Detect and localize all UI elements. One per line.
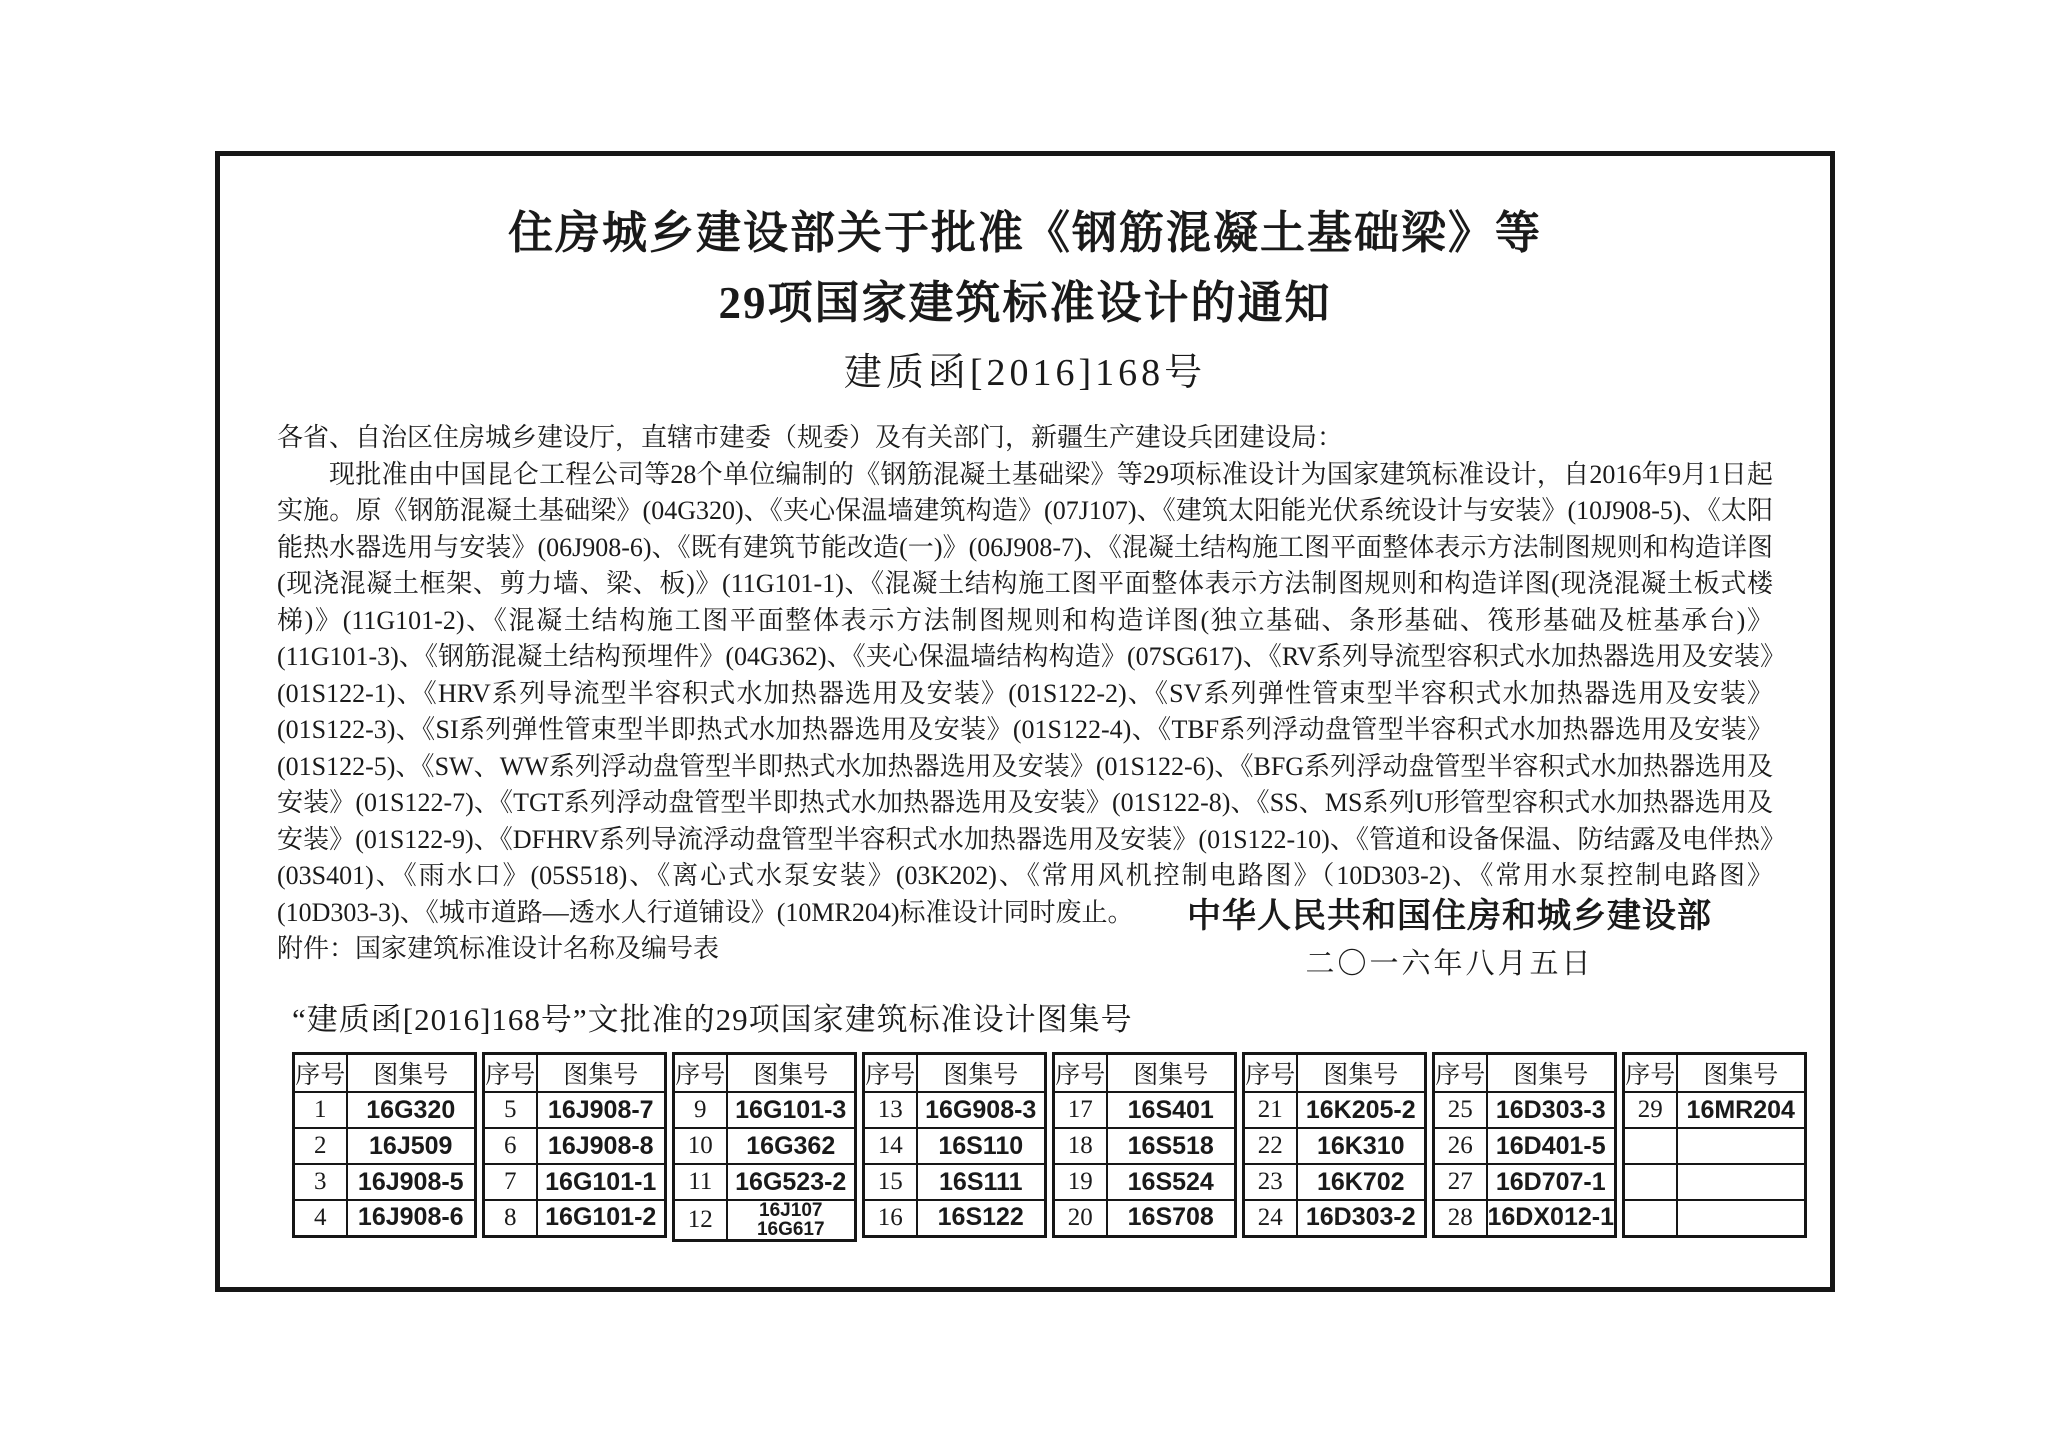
cell-seq: 9 — [674, 1092, 727, 1128]
table-row: 616J908-8 — [484, 1128, 666, 1164]
header-atlas-code: 图集号 — [1487, 1054, 1616, 1093]
table-row: 916G101-3 — [674, 1092, 856, 1128]
atlas-subtable-8: 序号图集号2916MR204 — [1622, 1052, 1807, 1238]
cell-atlas-code: 16J908-6 — [347, 1200, 476, 1236]
cell-seq: 24 — [1244, 1200, 1297, 1236]
cell-seq — [1624, 1200, 1677, 1236]
atlas-subtable-3: 序号图集号916G101-31016G3621116G523-21216J107… — [672, 1052, 857, 1242]
cell-seq: 26 — [1434, 1128, 1487, 1164]
cell-seq: 19 — [1054, 1164, 1107, 1200]
header-seq: 序号 — [1054, 1054, 1107, 1093]
cell-atlas-code: 16S518 — [1107, 1128, 1236, 1164]
cell-atlas-code: 16S524 — [1107, 1164, 1236, 1200]
cell-seq: 7 — [484, 1164, 537, 1200]
atlas-subtable-4: 序号图集号1316G908-31416S1101516S1111616S122 — [862, 1052, 1047, 1238]
cell-seq: 5 — [484, 1092, 537, 1128]
document-page: 住房城乡建设部关于批准《钢筋混凝土基础梁》等 29项国家建筑标准设计的通知 建质… — [0, 0, 2048, 1447]
header-atlas-code: 图集号 — [917, 1054, 1046, 1093]
cell-seq — [1624, 1164, 1677, 1200]
header-seq: 序号 — [1244, 1054, 1297, 1093]
table-row — [1624, 1128, 1806, 1164]
document-border-frame: 住房城乡建设部关于批准《钢筋混凝土基础梁》等 29项国家建筑标准设计的通知 建质… — [215, 151, 1835, 1292]
table-row: 2716D707-1 — [1434, 1164, 1616, 1200]
table-row: 1716S401 — [1054, 1092, 1236, 1128]
cell-atlas-code: 16D401-5 — [1487, 1128, 1616, 1164]
cell-seq: 16 — [864, 1200, 917, 1236]
cell-atlas-code: 16D303-3 — [1487, 1092, 1616, 1128]
cell-atlas-code: 16G523-2 — [727, 1164, 856, 1200]
table-header-row: 序号图集号 — [864, 1054, 1046, 1093]
table-row: 2116K205-2 — [1244, 1092, 1426, 1128]
document-number: 建质函[2016]168号 — [220, 348, 1830, 398]
cell-atlas-code: 16S401 — [1107, 1092, 1236, 1128]
cell-atlas-code: 16J908-5 — [347, 1164, 476, 1200]
table-header-row: 序号图集号 — [674, 1054, 856, 1093]
table-row: 816G101-2 — [484, 1200, 666, 1236]
cell-atlas-code: 16G101-2 — [537, 1200, 666, 1236]
cell-atlas-code: 16D303-2 — [1297, 1200, 1426, 1236]
cell-seq: 29 — [1624, 1092, 1677, 1128]
table-row: 316J908-5 — [294, 1164, 476, 1200]
salutation-line: 各省、自治区住房城乡建设厅，直辖市建委（规委）及有关部门，新疆生产建设兵团建设局… — [277, 420, 1773, 457]
cell-atlas-code: 16J107 16G617 — [727, 1200, 856, 1241]
cell-seq: 20 — [1054, 1200, 1107, 1236]
table-row: 2616D401-5 — [1434, 1128, 1616, 1164]
table-row: 1216J107 16G617 — [674, 1200, 856, 1241]
table-row: 1016G362 — [674, 1128, 856, 1164]
header-seq: 序号 — [1434, 1054, 1487, 1093]
header-seq: 序号 — [294, 1054, 347, 1093]
table-header-row: 序号图集号 — [1054, 1054, 1236, 1093]
cell-seq — [1624, 1128, 1677, 1164]
cell-seq: 15 — [864, 1164, 917, 1200]
cell-atlas-code: 16G101-3 — [727, 1092, 856, 1128]
cell-atlas-code: 16D707-1 — [1487, 1164, 1616, 1200]
cell-atlas-code: 16J908-7 — [537, 1092, 666, 1128]
cell-seq: 1 — [294, 1092, 347, 1128]
table-row: 1916S524 — [1054, 1164, 1236, 1200]
table-row — [1624, 1200, 1806, 1236]
cell-seq: 23 — [1244, 1164, 1297, 1200]
table-row: 116G320 — [294, 1092, 476, 1128]
table-row: 2516D303-3 — [1434, 1092, 1616, 1128]
table-header-row: 序号图集号 — [1434, 1054, 1616, 1093]
cell-seq: 28 — [1434, 1200, 1487, 1236]
header-atlas-code: 图集号 — [347, 1054, 476, 1093]
cell-atlas-code — [1677, 1200, 1806, 1236]
cell-atlas-code: 16S122 — [917, 1200, 1046, 1236]
cell-atlas-code: 16S708 — [1107, 1200, 1236, 1236]
table-row: 1516S111 — [864, 1164, 1046, 1200]
header-atlas-code: 图集号 — [1107, 1054, 1236, 1093]
cell-atlas-code: 16DX012-1 — [1487, 1200, 1616, 1236]
atlas-subtable-7: 序号图集号2516D303-32616D401-52716D707-12816D… — [1432, 1052, 1617, 1238]
cell-atlas-code: 16J509 — [347, 1128, 476, 1164]
atlas-number-table: 序号图集号116G320216J509316J908-5416J908-6序号图… — [292, 1052, 1807, 1242]
cell-atlas-code: 16K205-2 — [1297, 1092, 1426, 1128]
cell-seq: 14 — [864, 1128, 917, 1164]
cell-seq: 6 — [484, 1128, 537, 1164]
table-row: 516J908-7 — [484, 1092, 666, 1128]
header-seq: 序号 — [1624, 1054, 1677, 1093]
signature-block: 中华人民共和国住房和城乡建设部 二〇一六年八月五日 — [1187, 894, 1712, 984]
cell-atlas-code: 16K310 — [1297, 1128, 1426, 1164]
table-row: 2216K310 — [1244, 1128, 1426, 1164]
cell-atlas-code: 16G362 — [727, 1128, 856, 1164]
issuing-authority: 中华人民共和国住房和城乡建设部 — [1187, 894, 1712, 938]
table-row: 216J509 — [294, 1128, 476, 1164]
header-atlas-code: 图集号 — [1297, 1054, 1426, 1093]
cell-atlas-code — [1677, 1128, 1806, 1164]
cell-seq: 4 — [294, 1200, 347, 1236]
header-seq: 序号 — [484, 1054, 537, 1093]
cell-seq: 8 — [484, 1200, 537, 1236]
cell-seq: 27 — [1434, 1164, 1487, 1200]
atlas-subtable-2: 序号图集号516J908-7616J908-8716G101-1816G101-… — [482, 1052, 667, 1238]
cell-seq: 12 — [674, 1200, 727, 1241]
table-row: 2416D303-2 — [1244, 1200, 1426, 1236]
table-row: 1616S122 — [864, 1200, 1046, 1236]
table-row: 716G101-1 — [484, 1164, 666, 1200]
cell-atlas-code: 16G101-1 — [537, 1164, 666, 1200]
table-row: 2916MR204 — [1624, 1092, 1806, 1128]
cell-atlas-code: 16K702 — [1297, 1164, 1426, 1200]
notice-title-line2: 29项国家建筑标准设计的通知 — [220, 268, 1830, 338]
cell-atlas-code: 16S110 — [917, 1128, 1046, 1164]
table-header-row: 序号图集号 — [294, 1054, 476, 1093]
cell-seq: 11 — [674, 1164, 727, 1200]
title-block: 住房城乡建设部关于批准《钢筋混凝土基础梁》等 29项国家建筑标准设计的通知 建质… — [220, 198, 1830, 398]
cell-atlas-code: 16G908-3 — [917, 1092, 1046, 1128]
cell-seq: 17 — [1054, 1092, 1107, 1128]
header-seq: 序号 — [674, 1054, 727, 1093]
table-row: 2016S708 — [1054, 1200, 1236, 1236]
notice-body: 各省、自治区住房城乡建设厅，直辖市建委（规委）及有关部门，新疆生产建设兵团建设局… — [277, 420, 1773, 968]
cell-seq: 22 — [1244, 1128, 1297, 1164]
table-row: 2816DX012-1 — [1434, 1200, 1616, 1236]
issue-date: 二〇一六年八月五日 — [1187, 944, 1712, 984]
atlas-subtable-6: 序号图集号2116K205-22216K3102316K7022416D303-… — [1242, 1052, 1427, 1238]
main-paragraph: 现批准由中国昆仑工程公司等28个单位编制的《钢筋混凝土基础梁》等29项标准设计为… — [277, 457, 1773, 932]
notice-title-line1: 住房城乡建设部关于批准《钢筋混凝土基础梁》等 — [220, 198, 1830, 268]
table-header-row: 序号图集号 — [1244, 1054, 1426, 1093]
table-row: 2316K702 — [1244, 1164, 1426, 1200]
cell-atlas-code: 16S111 — [917, 1164, 1046, 1200]
cell-atlas-code: 16MR204 — [1677, 1092, 1806, 1128]
cell-seq: 3 — [294, 1164, 347, 1200]
cell-atlas-code: 16G320 — [347, 1092, 476, 1128]
header-atlas-code: 图集号 — [1677, 1054, 1806, 1093]
atlas-subtable-5: 序号图集号1716S4011816S5181916S5242016S708 — [1052, 1052, 1237, 1238]
cell-atlas-code — [1677, 1164, 1806, 1200]
cell-seq: 2 — [294, 1128, 347, 1164]
cell-seq: 25 — [1434, 1092, 1487, 1128]
table-row: 1816S518 — [1054, 1128, 1236, 1164]
table-row — [1624, 1164, 1806, 1200]
table-row: 1316G908-3 — [864, 1092, 1046, 1128]
header-atlas-code: 图集号 — [537, 1054, 666, 1093]
table-row: 416J908-6 — [294, 1200, 476, 1236]
atlas-subtable-1: 序号图集号116G320216J509316J908-5416J908-6 — [292, 1052, 477, 1238]
cell-seq: 21 — [1244, 1092, 1297, 1128]
table-header-row: 序号图集号 — [1624, 1054, 1806, 1093]
atlas-table-caption: “建质函[2016]168号”文批准的29项国家建筑标准设计图集号 — [292, 994, 1133, 1039]
cell-seq: 18 — [1054, 1128, 1107, 1164]
table-header-row: 序号图集号 — [484, 1054, 666, 1093]
cell-seq: 13 — [864, 1092, 917, 1128]
cell-atlas-code: 16J908-8 — [537, 1128, 666, 1164]
header-atlas-code: 图集号 — [727, 1054, 856, 1093]
cell-seq: 10 — [674, 1128, 727, 1164]
table-row: 1116G523-2 — [674, 1164, 856, 1200]
table-row: 1416S110 — [864, 1128, 1046, 1164]
header-seq: 序号 — [864, 1054, 917, 1093]
